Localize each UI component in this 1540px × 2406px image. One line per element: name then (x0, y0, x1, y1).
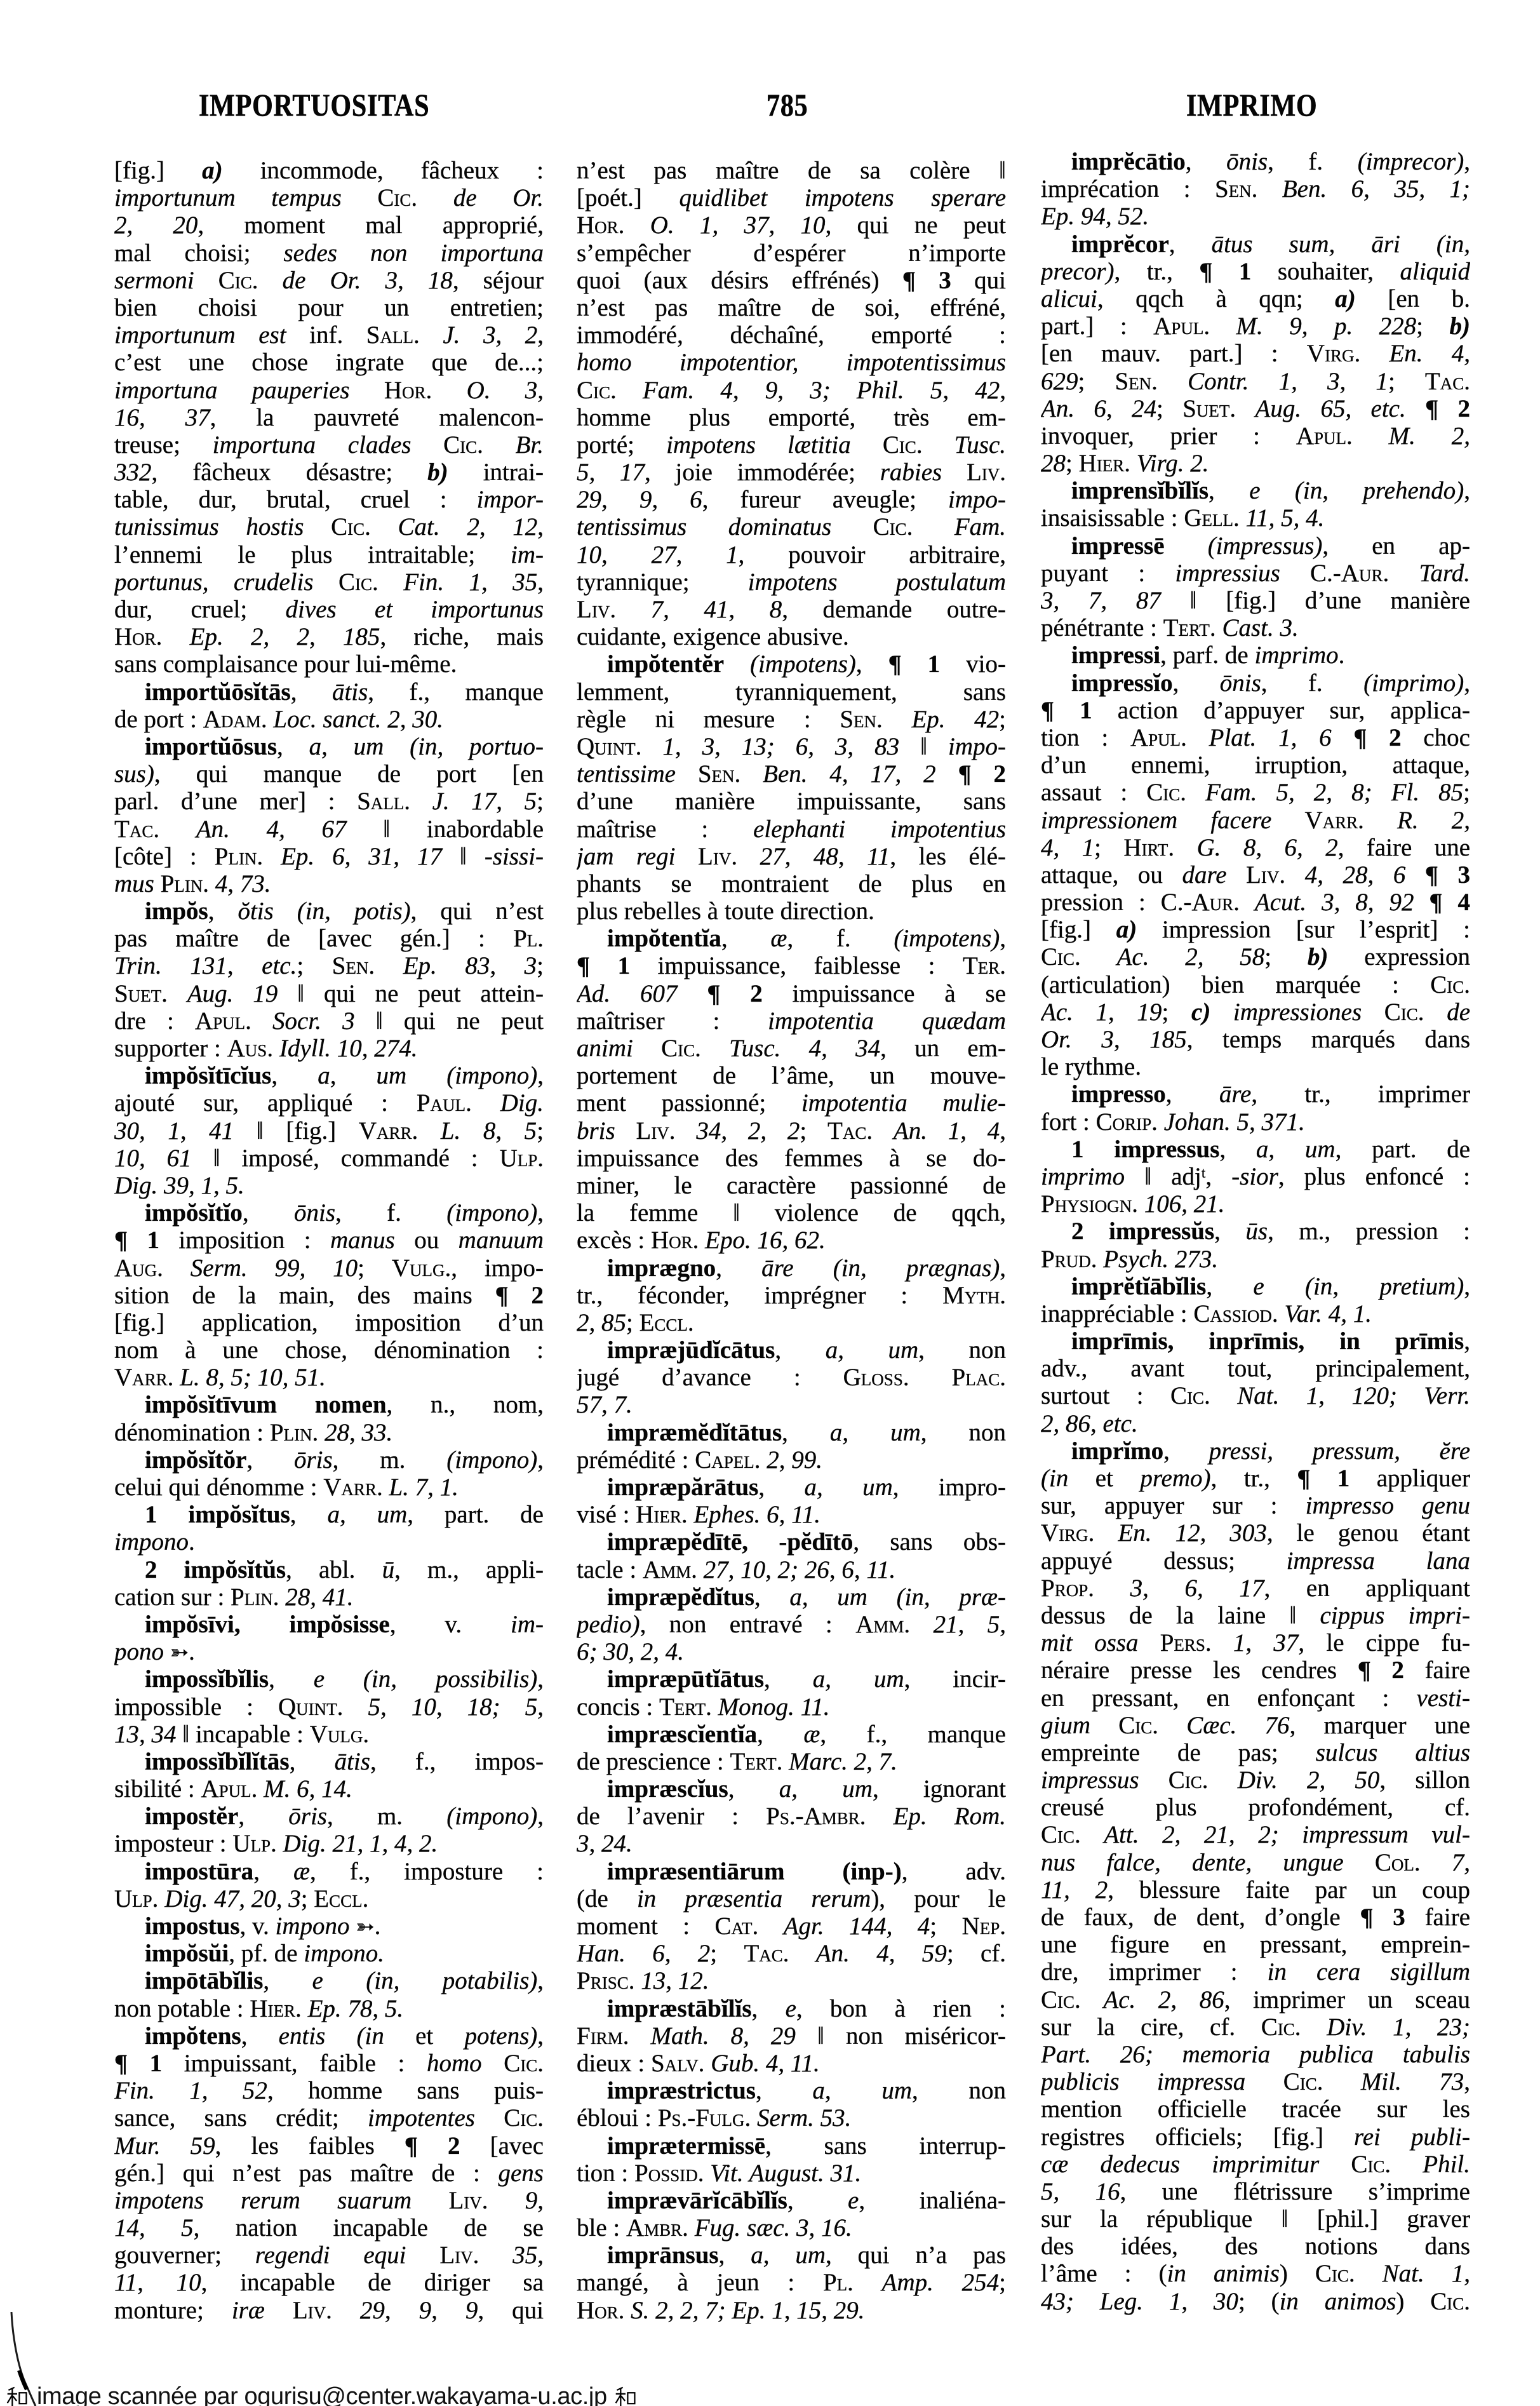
latin-citation: (impono) (446, 1803, 537, 1830)
author-abbreviation: Suet. (114, 980, 168, 1007)
entry-line: s’empêcher d’espérer n’importe (577, 239, 1006, 267)
latin-citation: Phil. (1423, 2151, 1470, 2178)
author-abbreviation: Sen. (332, 952, 375, 979)
author-abbreviation: Possid. (634, 2160, 704, 2187)
latin-citation: 3, 6, 17 (1130, 1575, 1264, 1602)
entry-line: tion : Possid. Vit. August. 31. (577, 2160, 1006, 2187)
latin-citation: 13, 12. (641, 1967, 709, 1994)
entry-line: 629; Sen. Contr. 1, 3, 1; Tac. (1041, 368, 1470, 395)
author-abbreviation: Pl. (513, 925, 544, 952)
latin-citation: nus falce, dente, ungue (1041, 1849, 1344, 1876)
latin-citation: a, um (804, 1474, 892, 1501)
entry-line: quoi (aux désirs effrénés) ¶ 3 qui (577, 267, 1006, 294)
latin-citation: regendi equi (255, 2241, 406, 2269)
latin-citation: Ep. 83, 3 (403, 952, 537, 979)
entry-line: 16, 37, la pauvreté malencon- (114, 404, 544, 431)
author-abbreviation: Apul. (1153, 313, 1210, 340)
latin-citation: Cæc. 76 (1186, 1712, 1289, 1739)
entry-line: impostus, v. impono ➳. (114, 1912, 544, 1940)
entry-line: dessus de la laine ‖ cippus impri- (1041, 1602, 1470, 1629)
entry-line: animi Cic. Tusc. 4, 34, un em- (577, 1035, 1006, 1062)
entry-line: Prop. 3, 6, 17, en appliquant (1041, 1575, 1470, 1602)
entry-line: impossĭbĭlis, e (in, possibilis), (114, 1665, 544, 1693)
guide-word-right: IMPRIMO (1186, 89, 1318, 121)
author-abbreviation: Corip. (1096, 1108, 1158, 1136)
entry-line: lemment, tyranniquement, sans (577, 678, 1006, 706)
latin-citation: a, um (813, 1665, 904, 1693)
dictionary-entry: imprīmis, inprīmis, in prīmis,adv., avan… (1041, 1327, 1470, 1437)
author-abbreviation: Plin. (161, 870, 209, 897)
latin-citation: impotentes (368, 2104, 475, 2132)
author-abbreviation: Cic. (1261, 2013, 1301, 2041)
entry-line: surtout : Cic. Nat. 1, 120; Verr. (1041, 1382, 1470, 1409)
latin-citation: impotens postulatum (748, 568, 1006, 596)
author-abbreviation: Paul. (417, 1089, 472, 1117)
headword: impressē (1071, 532, 1165, 560)
entry-line: impuissance des femmes à se do- (577, 1145, 1006, 1172)
latin-citation: entis (in (279, 2022, 384, 2050)
latin-citation: dives et importunus (286, 596, 544, 623)
latin-citation: Var. 4, 1. (1284, 1300, 1372, 1327)
sense-number: ¶ 2 (495, 1282, 544, 1309)
entry-line: impræpărātus, a, um, impro- (577, 1474, 1006, 1501)
sense-letter: a) (1116, 916, 1137, 943)
author-abbreviation: Tac. (114, 816, 159, 843)
dictionary-entry: impŏsĭtīvum nomen, n., nom,dénomination … (114, 1391, 544, 1446)
latin-citation: L. 7, 1. (389, 1474, 458, 1501)
latin-citation: Fam. 4, 9, 3; Phil. 5, 42 (643, 377, 1000, 404)
author-abbreviation: Myth. (942, 1282, 1006, 1309)
entry-line: adv., avant tout, principalement, (1041, 1355, 1470, 1382)
latin-citation: Br. (516, 431, 544, 459)
entry-line: impressĭo, ōnis, f. (imprimo), (1041, 669, 1470, 697)
headword: impostĕr (145, 1803, 238, 1830)
entry-line: imprætermissē, sans interrup- (577, 2132, 1006, 2160)
entry-line: Ep. 94, 52. (1041, 203, 1470, 230)
entry-line: ment passionné; impotentia mulie- (577, 1089, 1006, 1117)
latin-citation: Cat. 2, 12 (398, 513, 538, 541)
entry-line: tion : Apul. Plat. 1, 6 ¶ 2 choc (1041, 724, 1470, 751)
entry-line: invoquer, prier : Apul. M. 2, (1041, 422, 1470, 450)
author-abbreviation: Cat. (715, 1912, 759, 1940)
entry-line: impræstābĭlĭs, e, bon à rien : (577, 1995, 1006, 2022)
entry-line: 57, 7. (577, 1391, 1006, 1418)
headword: impræjūdĭcātus (607, 1336, 775, 1364)
author-abbreviation: Ambr. (626, 2214, 688, 2241)
latin-citation: in cera sigillum (1268, 1958, 1470, 1986)
latin-citation: ōnis (1220, 669, 1261, 697)
headword: impræstrictus (607, 2077, 756, 2104)
entry-line: ébloui : Ps.-Fulg. Serm. 53. (577, 2104, 1006, 2132)
latin-citation: Tusc. 4, 34 (729, 1035, 880, 1062)
author-abbreviation: Quint. (278, 1693, 343, 1721)
entry-line: c’est une chose ingrate que de...; (114, 349, 544, 376)
author-abbreviation: Hor. (114, 623, 162, 650)
latin-citation: a, um (826, 1336, 919, 1364)
entry-line: tr., féconder, imprégner : Myth. (577, 1282, 1006, 1309)
latin-citation: impotentia mulie- (801, 1089, 1006, 1117)
author-abbreviation: Amm. (855, 1611, 910, 1638)
headword: 1 impressus (1071, 1136, 1219, 1163)
latin-citation: 4, 1 (1041, 834, 1094, 861)
entry-line: (de in præsentia rerum), pour le (577, 1885, 1006, 1912)
entry-line: l’âme : (in animis) Cic. Nat. 1, (1041, 2260, 1470, 2287)
latin-citation: Math. 8, 29 (651, 2022, 796, 2050)
latin-citation: cippus impri- (1320, 1602, 1470, 1629)
latin-citation: de Or. (453, 184, 544, 212)
author-abbreviation: Adam. (203, 706, 267, 733)
latin-citation: im- (511, 1611, 544, 1638)
latin-citation: 629 (1041, 368, 1078, 395)
latin-citation: 43; Leg. 1, 30 (1041, 2288, 1238, 2315)
latin-citation: e (in, potabilis) (312, 1967, 538, 1994)
latin-citation: 7, (1452, 1849, 1470, 1876)
entry-line: Suet. Aug. 19 ‖ qui ne peut attein- (114, 980, 544, 1007)
entry-line: 10, 61 ‖ imposé, commandé : Ulp. (114, 1145, 544, 1172)
latin-citation: (in (1041, 1465, 1068, 1492)
entry-line: importunum est inf. Sall. J. 3, 2, (114, 321, 544, 349)
latin-citation: Vit. August. 31. (710, 2160, 861, 2187)
latin-citation: a, um (impono) (318, 1062, 537, 1089)
entry-line: inappréciable : Cassiod. Var. 4, 1. (1041, 1300, 1470, 1327)
entry-line: 1 impressus, a, um, part. de (1041, 1136, 1470, 1163)
author-abbreviation: Hier. (636, 1501, 687, 1528)
entry-line: imprĕtĭābĭlis, e (in, pretium), (1041, 1273, 1470, 1300)
entry-line: pas maître de [avec gén.] : Pl. (114, 925, 544, 952)
latin-citation: Fin. 1, 52 (114, 2077, 267, 2104)
author-abbreviation: Tac. (827, 1117, 873, 1145)
author-abbreviation: Ulp. (232, 1830, 276, 1857)
latin-citation: Fam. (954, 513, 1006, 541)
sense-letter: b) (427, 459, 448, 486)
author-abbreviation: Virg. (1307, 340, 1360, 367)
superscript: t (1202, 1165, 1206, 1181)
entry-line: mus Plin. 4, 73. (114, 870, 544, 897)
headword: impostus (145, 1912, 240, 1940)
author-abbreviation: Prud. (1041, 1246, 1097, 1273)
latin-citation: 57, 7. (577, 1391, 633, 1418)
entry-line: 29, 9, 6, fureur aveugle; impo- (577, 486, 1006, 513)
latin-citation: impotens rerum suarum (114, 2187, 412, 2214)
latin-citation: O. 1, 37, 10 (650, 212, 826, 239)
latin-citation: homo impotentior, impotentissimus (577, 349, 1006, 376)
dictionary-entry: impræmĕdĭtātus, a, um, nonprémédité : Ca… (577, 1419, 1006, 1474)
dictionary-entry: impŏsĭtīcĭus, a, um (impono),ajouté sur,… (114, 1062, 544, 1199)
entry-line: 5, 16, une flétrissure s’imprime (1041, 2178, 1470, 2205)
headword: 2 impressŭs (1071, 1218, 1214, 1245)
entry-line: d’une manière impuissante, sans (577, 788, 1006, 815)
entry-line: impresso, āre, tr., imprimer (1041, 1080, 1470, 1108)
entry-line: [fig.] application, imposition d’un (114, 1309, 544, 1336)
entry-line: impressionem facere Varr. R. 2, (1041, 807, 1470, 834)
latin-citation: e (in, pretium) (1253, 1273, 1464, 1300)
entry-line: gén.] qui n’est pas maître de : gens (114, 2160, 544, 2187)
author-abbreviation: Prisc. (577, 1967, 634, 1994)
dictionary-entry: imprānsus, a, um, qui n’a pasmangé, à je… (577, 2241, 1006, 2324)
latin-citation: 10, 27, 1 (577, 541, 739, 568)
latin-citation: ūs (1245, 1218, 1268, 1245)
latin-citation: L. 8, 5; 10, 51. (180, 1364, 326, 1391)
latin-citation: Ep. Rom. (894, 1803, 1006, 1830)
dictionary-entry: impōtābĭlis, e (in, potabilis),non potab… (114, 1967, 544, 2022)
latin-citation: (impotens) (894, 925, 1000, 952)
latin-citation: 10, 61 (114, 1145, 192, 1172)
dictionary-entry: n’est pas maître de sa colère ‖[poét.] q… (577, 157, 1006, 650)
dictionary-entry: importŭōsĭtās, ātis, f., manquede port :… (114, 678, 544, 733)
latin-citation: 13, 34 (114, 1721, 177, 1748)
latin-citation: (impressus) (1208, 532, 1323, 560)
dictionary-entry: imprævārĭcābĭlĭs, e, inaliéna-ble : Ambr… (577, 2187, 1006, 2241)
entry-line: Dig. 39, 1, 5. (114, 1172, 544, 1199)
column-right: imprĕcātio, ōnis, f. (imprecor),imprécat… (1041, 148, 1470, 2315)
entry-line: 2 impressŭs, ūs, m., pression : (1041, 1218, 1470, 1245)
entry-line: tentissime Sen. Ben. 4, 17, 2 ¶ 2 (577, 760, 1006, 788)
sense-number: ¶ 1 (1199, 258, 1251, 285)
entry-line: sance, sans crédit; impotentes Cic. (114, 2104, 544, 2132)
dictionary-entry: impræpărātus, a, um, impro-visé : Hier. … (577, 1474, 1006, 1528)
dictionary-entry: impŏsīvi, impŏsisse, v. im-pono ➳. (114, 1611, 544, 1665)
entry-line: 14, 5, nation incapable de se (114, 2214, 544, 2241)
dictionary-entry: impossĭbĭlĭtās, ātis, f., impos-sibilité… (114, 1748, 544, 1803)
latin-citation: importuna clades (213, 431, 412, 459)
headword: impræpūtĭātus (607, 1665, 764, 1693)
entry-line: Tac. An. 4, 67 ‖ inabordable (114, 816, 544, 843)
author-abbreviation: Cic. (1118, 1712, 1158, 1739)
latin-citation: Fam. 5, 2, 8; Fl. 85 (1205, 779, 1463, 806)
latin-citation: Fug. sæc. 3, 16. (695, 2214, 852, 2241)
latin-citation: a, um (327, 1501, 407, 1528)
sense-number: ¶ 2 (707, 980, 762, 1007)
latin-citation: Part. 26; memoria publica tabulis (1041, 2041, 1470, 2068)
entry-line: 3, 7, 87 ‖ [fig.] d’une manière (1041, 587, 1470, 614)
entry-line: attaque, ou dare Liv. 4, 28, 6 ¶ 3 (1041, 861, 1470, 889)
latin-citation: (imprecor) (1358, 148, 1464, 175)
entry-line: Virg. En. 12, 303, le genou étant (1041, 1519, 1470, 1547)
author-abbreviation: Aug. (114, 1254, 163, 1282)
entry-line: excès : Hor. Epo. 16, 62. (577, 1227, 1006, 1254)
latin-citation: mit ossa (1041, 1629, 1138, 1657)
latin-citation: ōris (288, 1803, 327, 1830)
arrow-icon: ➳ (170, 1639, 189, 1665)
latin-citation: Nat. 1, (1383, 2260, 1470, 2287)
entry-line: jugé d’avance : Gloss. Plac. (577, 1364, 1006, 1391)
latin-citation: ātis (332, 678, 368, 706)
entry-line: 6; 30, 2, 4. (577, 1638, 1006, 1665)
entry-line: impossible : Quint. 5, 10, 18; 5, (114, 1693, 544, 1721)
latin-citation: An. 6, 24 (1041, 395, 1156, 422)
latin-citation: ātis (335, 1748, 370, 1775)
entry-line: imprægno, āre (in, prægnas), (577, 1254, 1006, 1282)
headword: impŏtentĕr (607, 650, 724, 678)
author-abbreviation: Liv. (577, 596, 616, 623)
author-abbreviation: Liv. (698, 843, 737, 870)
dictionary-entry: impŏtens, entis (in et potens),¶ 1 impui… (114, 2022, 544, 2324)
entry-line: tyrannique; impotens postulatum (577, 568, 1006, 596)
entry-line: 30, 1, 41 ‖ [fig.] Varr. L. 8, 5; (114, 1117, 544, 1145)
author-abbreviation: Sen. (1215, 175, 1257, 203)
entry-line: ¶ 1 action d’appuyer sur, applica- (1041, 697, 1470, 724)
headword: impossĭbĭlĭtās (145, 1748, 290, 1775)
latin-citation: impono (276, 1912, 350, 1940)
entry-line: Trin. 131, etc.; Sen. Ep. 83, 3; (114, 952, 544, 979)
sense-number: ¶ 2 (405, 2132, 460, 2160)
latin-citation: importunum est (114, 321, 286, 349)
author-abbreviation: Plin. (215, 843, 263, 870)
sense-letter: a) (202, 157, 223, 184)
dictionary-entry: impræscĭentĭa, æ, f., manquede prescienc… (577, 1721, 1006, 1775)
entry-line: règle ni mesure : Sen. Ep. 42; (577, 706, 1006, 733)
entry-line: puyant : impressius C.-Aur. Tard. (1041, 560, 1470, 587)
entry-line: 43; Leg. 1, 30; (in animos) Cic. (1041, 2288, 1470, 2315)
entry-line: Hor. S. 2, 2, 7; Ep. 1, 15, 29. (577, 2297, 1006, 2324)
latin-citation: jam regi (577, 843, 675, 870)
latin-citation: 29, 9, 6 (577, 486, 702, 513)
latin-citation: ōnis (1226, 148, 1268, 175)
entry-line: homme plus emporté, très em- (577, 404, 1006, 431)
dictionary-entry: imprĕtĭābĭlis, e (in, pretium),inappréci… (1041, 1273, 1470, 1327)
latin-citation: L. 8, 5 (441, 1117, 537, 1145)
latin-citation: Serm. 53. (757, 2104, 851, 2132)
sense-letter: b) (1308, 943, 1329, 971)
latin-citation: Marc. 2, 7. (789, 1748, 897, 1775)
latin-citation: 2, 85 (577, 1309, 626, 1336)
dictionary-entry: 1 impŏsĭtus, a, um, part. deimpono. (114, 1501, 544, 1556)
sense-number: ¶ 1 (1041, 697, 1092, 724)
latin-citation: publicis impressa (1041, 2068, 1245, 2095)
author-abbreviation: Pers. (1160, 1629, 1212, 1657)
entry-line: mal choisi; sedes non importuna (114, 239, 544, 267)
latin-citation: alicui (1041, 285, 1097, 313)
entry-line: table, dur, brutal, cruel : impor- (114, 486, 544, 513)
entry-line: Ulp. Dig. 47, 20, 3; Eccl. (114, 1885, 544, 1912)
latin-citation: (impotens) (750, 650, 856, 678)
entry-line: dénomination : Plin. 28, 33. (114, 1419, 544, 1446)
entry-line: impræsentiārum (inp-), adv. (577, 1858, 1006, 1885)
sense-number: ¶ 1 (577, 952, 630, 979)
latin-citation: impono. (304, 1940, 384, 1967)
page-number: 785 (767, 89, 808, 121)
latin-citation: in præsentia rerum (637, 1885, 871, 1912)
entry-line: visé : Hier. Ephes. 6, 11. (577, 1501, 1006, 1528)
latin-citation: An. 4, 67 (196, 816, 347, 843)
dictionary-entry: impræstābĭlĭs, e, bon à rien :Firm. Math… (577, 1995, 1006, 2078)
entry-line: impōtābĭlis, e (in, potabilis), (114, 1967, 544, 1994)
entry-line: 10, 27, 1, pouvoir arbitraire, (577, 541, 1006, 568)
entry-line: impressi, parf. de imprimo. (1041, 642, 1470, 669)
latin-citation: e (in, prehendo) (1249, 477, 1464, 504)
latin-citation: M. 9, p. 228 (1236, 313, 1417, 340)
entry-line: Varr. L. 8, 5; 10, 51. (114, 1364, 544, 1391)
entry-line: impressē (impressus), en ap- (1041, 532, 1470, 560)
entry-line: cation sur : Plin. 28, 41. (114, 1583, 544, 1611)
entry-line: 11, 2, blessure faite par un coup (1041, 1876, 1470, 1904)
entry-line: maîtriser : impotentia quædam (577, 1007, 1006, 1035)
latin-citation: āre (in, prægnas) (761, 1254, 1000, 1282)
latin-citation: Epo. 16, 62. (705, 1227, 826, 1254)
entry-line: impŏtens, entis (in et potens), (114, 2022, 544, 2050)
entry-line: Cic. Fam. 4, 9, 3; Phil. 5, 42, (577, 377, 1006, 404)
author-abbreviation: Cic. (1146, 779, 1186, 806)
entry-line: (in et premo), tr., ¶ 1 appliquer (1041, 1465, 1470, 1492)
entry-line: ¶ 1 impuissance, faiblesse : Ter. (577, 952, 1006, 979)
author-abbreviation: Cic. (331, 513, 371, 541)
entry-line: immodéré, déchaîné, emporté : (577, 321, 1006, 349)
latin-citation: Or. 3, 185 (1041, 1026, 1187, 1053)
dictionary-entry: impŏs, ŏtis (in, potis), qui n’estpas ma… (114, 897, 544, 1062)
latin-citation: Agr. 144, 4 (784, 1912, 930, 1940)
entry-line: mit ossa Pers. 1, 37, le cippe fu- (1041, 1629, 1470, 1657)
headword: imprānsus (607, 2241, 719, 2269)
dictionary-entry: imprætermissē, sans interrup-tion : Poss… (577, 2132, 1006, 2187)
entry-line: impræmĕdĭtātus, a, um, non (577, 1419, 1006, 1446)
author-abbreviation: Gell. (1184, 504, 1239, 532)
latin-citation: S. 2, 2, 7; Ep. 1, 15, 29. (631, 2297, 864, 2324)
author-abbreviation: Tac. (744, 1940, 789, 1967)
latin-citation: Fin. 1, 35 (403, 568, 537, 596)
latin-citation: āre (1219, 1080, 1252, 1108)
author-abbreviation: Cic. (1315, 2260, 1355, 2287)
latin-citation: 4, 28, 6 (1305, 861, 1406, 889)
latin-citation: cæ dedecus imprimitur (1041, 2151, 1319, 2178)
entry-line: homo impotentior, impotentissimus (577, 349, 1006, 376)
author-abbreviation: Cic. (1351, 2151, 1391, 2178)
sense-number: ¶ 2 (1358, 1657, 1404, 1684)
latin-citation: sedes non importuna (283, 239, 544, 267)
latin-citation: Acut. 3, 8, 92 (1255, 889, 1414, 916)
author-abbreviation: Liv. (293, 2297, 332, 2324)
entry-line: n’est pas maître de soi, effréné, (577, 294, 1006, 321)
author-abbreviation: Cic. (1384, 998, 1424, 1026)
headword: imprĕtĭābĭlis (1071, 1273, 1206, 1300)
entry-line: importunum tempus Cic. de Or. (114, 184, 544, 212)
latin-citation: impressionem facere (1041, 807, 1271, 834)
latin-citation: 3, 24. (577, 1830, 633, 1857)
latin-citation: 35, (512, 2241, 544, 2269)
latin-citation: impo- (948, 486, 1006, 513)
headword: impŏsĭtŏr (145, 1446, 246, 1474)
entry-line: fort : Corip. Johan. 5, 371. (1041, 1108, 1470, 1136)
author-abbreviation: Liv. (1246, 861, 1285, 889)
latin-citation: Aug. 65, etc. (1255, 395, 1406, 422)
headword: importŭōsus (145, 733, 277, 760)
entry-line: impræscĭentĭa, æ, f., manque (577, 1721, 1006, 1748)
dictionary-entry: 2 impressŭs, ūs, m., pression :Prud. Psy… (1041, 1218, 1470, 1272)
author-abbreviation: Eccl. (314, 1885, 368, 1912)
latin-citation: dare (1182, 861, 1226, 889)
author-abbreviation: Plin. (270, 1419, 318, 1446)
latin-citation: 27, 48, 11 (760, 843, 890, 870)
sense-number: ¶ 4 (1430, 889, 1471, 916)
dictionary-entry: impressi, parf. de imprimo. (1041, 642, 1470, 669)
entry-line: tunissimus hostis Cic. Cat. 2, 12, (114, 513, 544, 541)
author-abbreviation: Tac. (1425, 368, 1470, 395)
latin-citation: impono (114, 1528, 189, 1556)
entry-line: sans complaisance pour lui-même. (114, 650, 544, 678)
entry-line: tacle : Amm. 27, 10, 2; 26, 6, 11. (577, 1556, 1006, 1583)
entry-line: Quint. 1, 3, 13; 6, 3, 83 ‖ impo- (577, 733, 1006, 760)
column-middle: n’est pas maître de sa colère ‖[poét.] q… (577, 157, 1006, 2324)
dictionary-entry: impossĭbĭlis, e (in, possibilis),impossi… (114, 1665, 544, 1748)
dictionary-entry: importŭōsus, a, um (in, portuo-sus), qui… (114, 733, 544, 897)
headword: impræstābĭlĭs (607, 1995, 752, 2022)
entry-line: Part. 26; memoria publica tabulis (1041, 2041, 1470, 2068)
wa-kanji-mark (615, 2386, 636, 2406)
headword: impŏtens (145, 2022, 241, 2050)
headword: impresso (1071, 1080, 1166, 1108)
entry-line: Or. 3, 185, temps marqués dans (1041, 1026, 1470, 1053)
author-abbreviation: Liv. (448, 2187, 488, 2214)
latin-citation: quidlibet impotens sperare (680, 184, 1006, 212)
